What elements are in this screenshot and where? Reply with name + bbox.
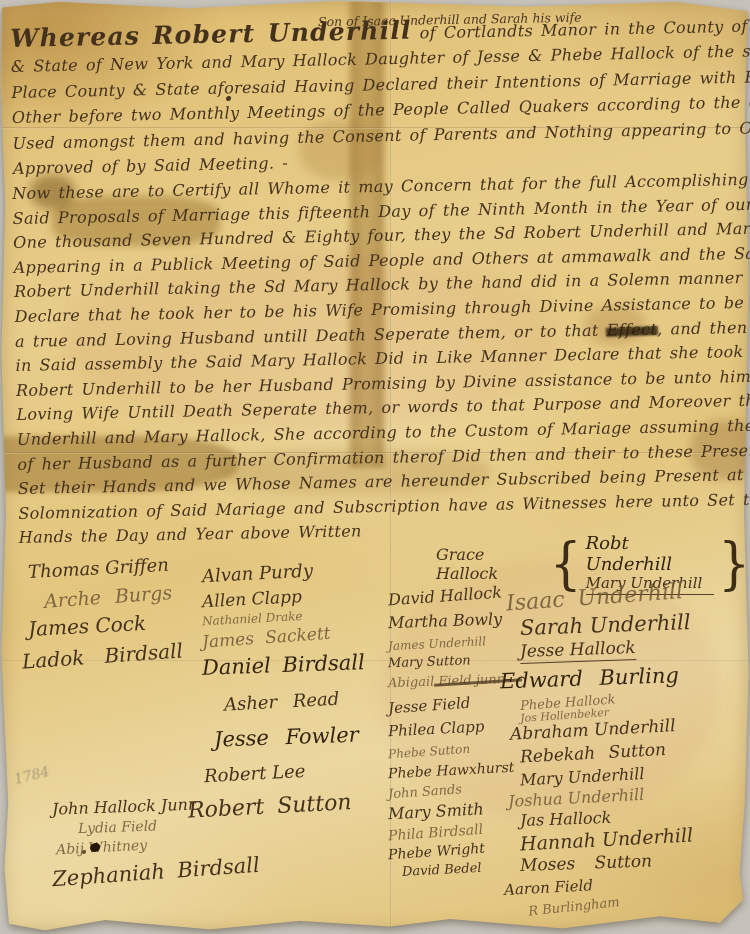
brace-close-icon: }	[718, 536, 750, 592]
signature: Arche Burgs	[43, 581, 183, 613]
signature: Robert Lee	[204, 758, 366, 787]
signature: Mary Sutton	[388, 652, 515, 671]
line1-rest: of Cortlandts Manor in the County of Wec…	[419, 15, 750, 43]
signature: Daniel Birdsall	[202, 650, 366, 680]
certificate-preamble: Whereas Robert Underhill of Cortlandts M…	[10, 8, 750, 181]
witness-column-left-upper: Thomas Griffen Arche Burgs James Cock La…	[28, 558, 183, 668]
witness-column-outer-right: Isaac Underhill Sarah Underhill Jesse Ha…	[520, 585, 693, 911]
signature: James Underhill	[388, 633, 515, 654]
brace-open-icon: {	[550, 536, 582, 592]
signature: Alvan Purdy	[202, 558, 366, 587]
signature: Sarah Underhill	[520, 610, 694, 640]
signature: James Cock	[27, 609, 183, 641]
signature-groom: Robt Underhill	[586, 534, 715, 575]
signature: Jesse Field	[388, 691, 515, 718]
signature: Martha Bowly	[388, 609, 515, 632]
signature: Phebe Sutton	[388, 739, 515, 762]
signature: Jesse Hallock	[520, 638, 636, 664]
certificate-body: Now these are to Certify all Whome it ma…	[12, 165, 750, 550]
signature: Robert Sutton	[187, 789, 365, 823]
signature: Jesse Fowler	[214, 722, 366, 751]
signature: Asher Read	[224, 687, 366, 715]
signature: Thomas Griffen	[28, 554, 184, 583]
signature: Philea Clapp	[388, 716, 515, 741]
signature: David Bedel	[402, 859, 515, 880]
witness-column-middle: Alvan Purdy Allen Clapp Nathaniel Drake …	[202, 562, 365, 819]
signature-struck: Abigail Field junr	[388, 672, 515, 691]
signature: Grace Hallock	[436, 545, 546, 583]
signature: David Hallock	[387, 582, 514, 610]
witness-column-inner-right: David Hallock Martha Bowly James Underhi…	[388, 586, 514, 877]
crossed-out-word	[606, 326, 658, 337]
signature: Mary Smith	[388, 798, 515, 824]
